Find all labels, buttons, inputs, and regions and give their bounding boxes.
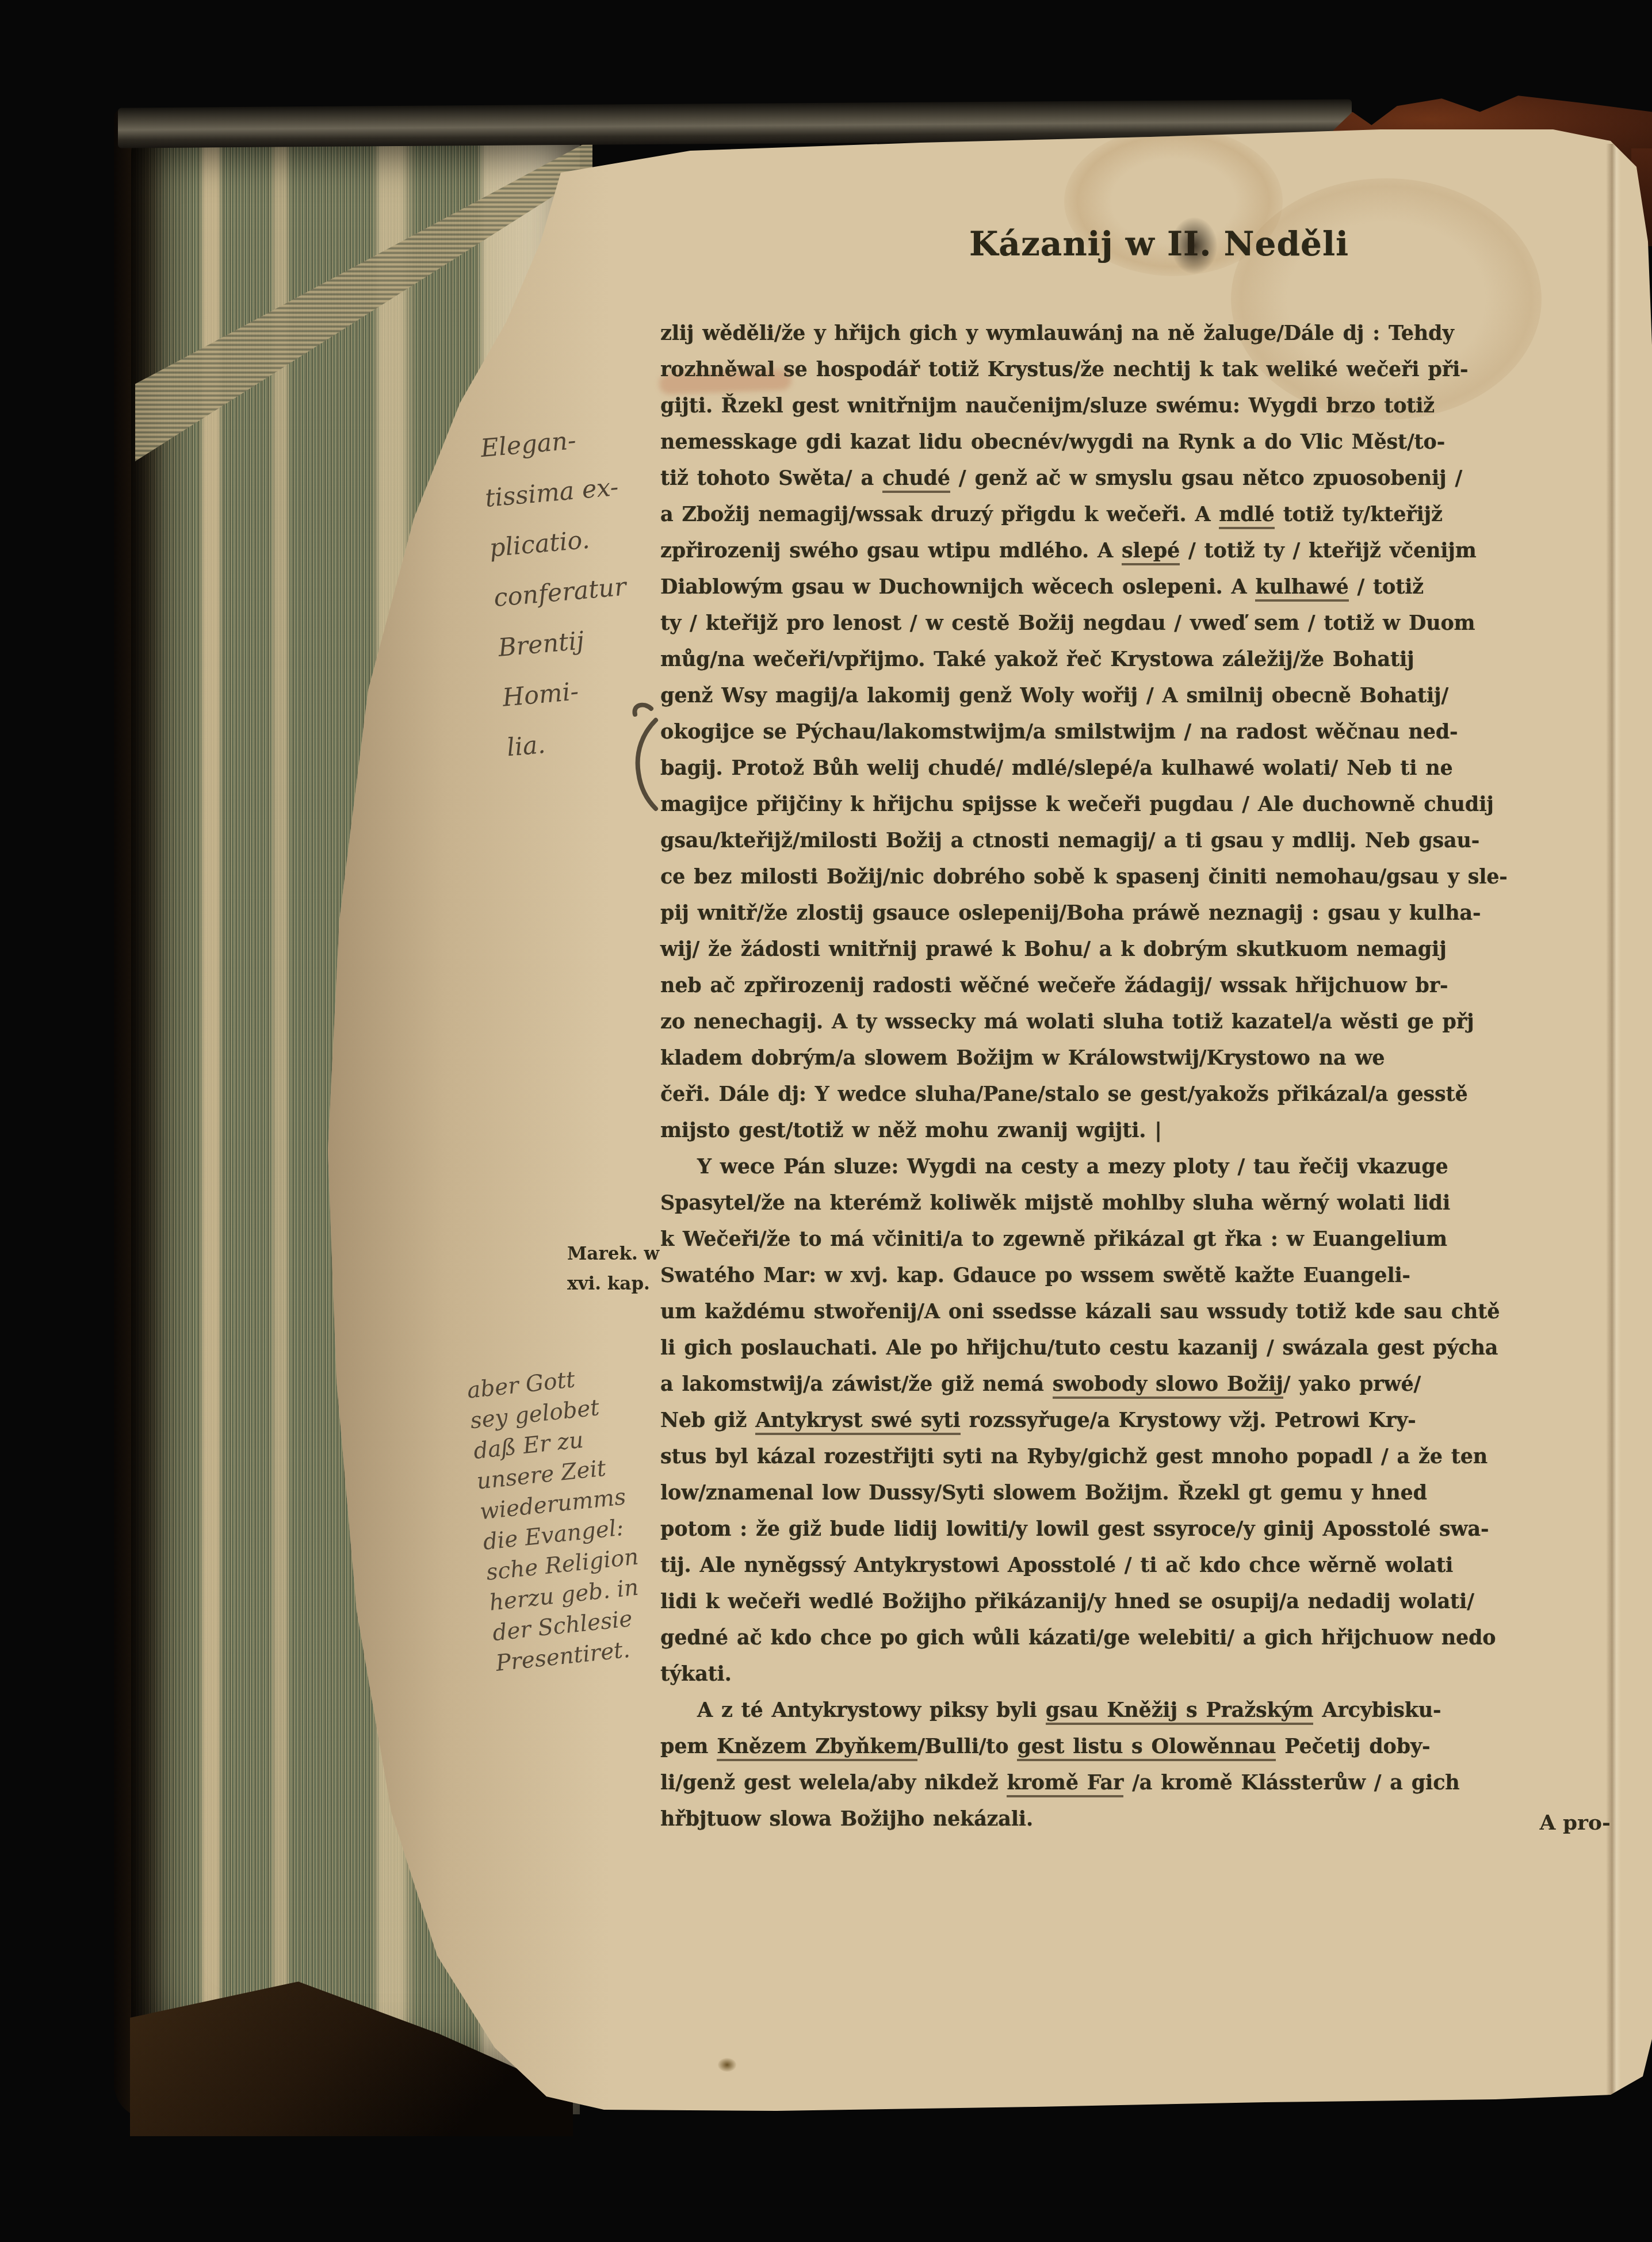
margin-line: Marek. w	[567, 1239, 717, 1269]
text-line: Y wece Pán sluze: Wygdi na cesty a mezy …	[660, 1149, 1595, 1185]
text-line: gsau/kteřijž/milosti Božij a ctnosti nem…	[660, 822, 1595, 859]
fore-edge-crease	[1606, 144, 1621, 2209]
text-line: ty / kteřijž pro lenost / w cestě Božij …	[660, 605, 1595, 641]
text-line: hřbjtuow slowa Božijho nekázali.	[660, 1801, 1595, 1837]
text-line: zlij wěděli/že y hřijch gich y wymlauwán…	[660, 315, 1595, 351]
text-line: pij wnitř/že zlostij gsauce oslepenij/Bo…	[660, 895, 1595, 931]
text-line: gedné ač kdo chce po gich wůli kázati/ge…	[660, 1620, 1595, 1656]
text-line: genž Wsy magij/a lakomij genž Woly wořij…	[660, 678, 1595, 714]
text-line: zpřirozenij swého gsau wtipu mdlého. A s…	[660, 533, 1595, 569]
text-line: zo nenechagij. A ty wssecky má wolati sl…	[660, 1004, 1595, 1040]
margin-line: xvi. kap.	[567, 1269, 717, 1299]
margin-nota-mark	[619, 701, 671, 839]
text-line: rozhněwal se hospodář totiž Krystus/že n…	[660, 351, 1595, 388]
text-line: um každému stwořenij/A oni ssedsse kázal…	[660, 1294, 1595, 1330]
text-line: Swatého Mar: w xvj. kap. Gdauce po wssem…	[660, 1257, 1595, 1294]
text-line: neb ač zpřirozenij radosti wěčné wečeře …	[660, 967, 1595, 1004]
text-line: tij. Ale nyněgssý Antykrystowi Aposstolé…	[660, 1547, 1595, 1583]
ink-spot	[718, 2058, 736, 2072]
text-line: týkati.	[660, 1656, 1595, 1692]
text-line: ce bez milosti Božij/nic dobrého sobě k …	[660, 859, 1595, 895]
text-line: li/genž gest welela/aby nikdež kromě Far…	[660, 1765, 1595, 1801]
text-line: můg/na wečeři/vpřijmo. Také yakož řeč Kr…	[660, 641, 1595, 678]
text-line: stus byl kázal rozestřijti syti na Ryby/…	[660, 1438, 1595, 1475]
text-line: Spasytel/že na kterémž koliwěk mijstě mo…	[660, 1185, 1595, 1221]
text-line: okogijce se Pýchau/lakomstwijm/a smilstw…	[660, 714, 1595, 750]
book-photo: Kázanij w II. Neděli zlij wěděli/že y hř…	[0, 0, 1652, 2242]
margin-note-german: aber Gottsey gelobetdaß Er zuunsere Zeit…	[465, 1350, 743, 1679]
text-line: magijce přijčiny k hřijchu spijsse k weč…	[660, 786, 1595, 822]
text-line: pem Knězem Zbyňkem/Bulli/to gest listu s…	[660, 1728, 1595, 1765]
text-line: a lakomstwij/a záwist/že giž nemá swobod…	[660, 1366, 1595, 1402]
text-line: potom : že giž bude lidij lowiti/y lowil…	[660, 1511, 1595, 1547]
text-line: čeři. Dále dj: Y wedce sluha/Pane/stalo …	[660, 1076, 1595, 1112]
text-line: k Wečeři/že to má včiniti/a to zgewně př…	[660, 1221, 1595, 1257]
text-line: a Zbožij nemagij/wssak druzý přigdu k we…	[660, 496, 1595, 533]
text-line: tiž tohoto Swěta/ a chudé / genž ač w sm…	[660, 460, 1595, 496]
text-line: wij/ že žádosti wnitřnij prawé k Bohu/ a…	[660, 931, 1595, 967]
text-column: zlij wěděli/že y hřijch gich y wymlauwán…	[660, 315, 1595, 1837]
catchword: A pro-	[1496, 1811, 1611, 1835]
text-line: gijti. Řzekl gest wnitřnijm naučenijm/sl…	[660, 388, 1595, 424]
text-line: nemesskage gdi kazat lidu obecnév/wygdi …	[660, 424, 1595, 460]
text-line: mijsto gest/totiž w něž mohu zwanij wgij…	[660, 1112, 1595, 1149]
text-line: kladem dobrým/a slowem Božijm w Králowst…	[660, 1040, 1595, 1076]
text-line: lidi k wečeři wedlé Božijho přikázanij/y…	[660, 1583, 1595, 1620]
text-line: Diablowým gsau w Duchownijch wěcech osle…	[660, 569, 1595, 605]
text-line: bagij. Protož Bůh welij chudé/ mdlé/slep…	[660, 750, 1595, 786]
text-line: Neb giž Antykryst swé syti rozssyřuge/a …	[660, 1402, 1595, 1438]
text-line: low/znamenal low Dussy/Syti slowem Božij…	[660, 1475, 1595, 1511]
page-title: Kázanij w II. Neděli	[900, 224, 1418, 263]
text-line: A z té Antykrystowy piksy byli gsau Kněž…	[660, 1692, 1595, 1728]
page: Kázanij w II. Neděli zlij wěděli/že y hř…	[311, 121, 1652, 2119]
text-line: li gich poslauchati. Ale po hřijchu/tuto…	[660, 1330, 1595, 1366]
header-ink-blot	[1171, 217, 1217, 274]
margin-note-printed: Marek. wxvi. kap.	[567, 1239, 717, 1299]
